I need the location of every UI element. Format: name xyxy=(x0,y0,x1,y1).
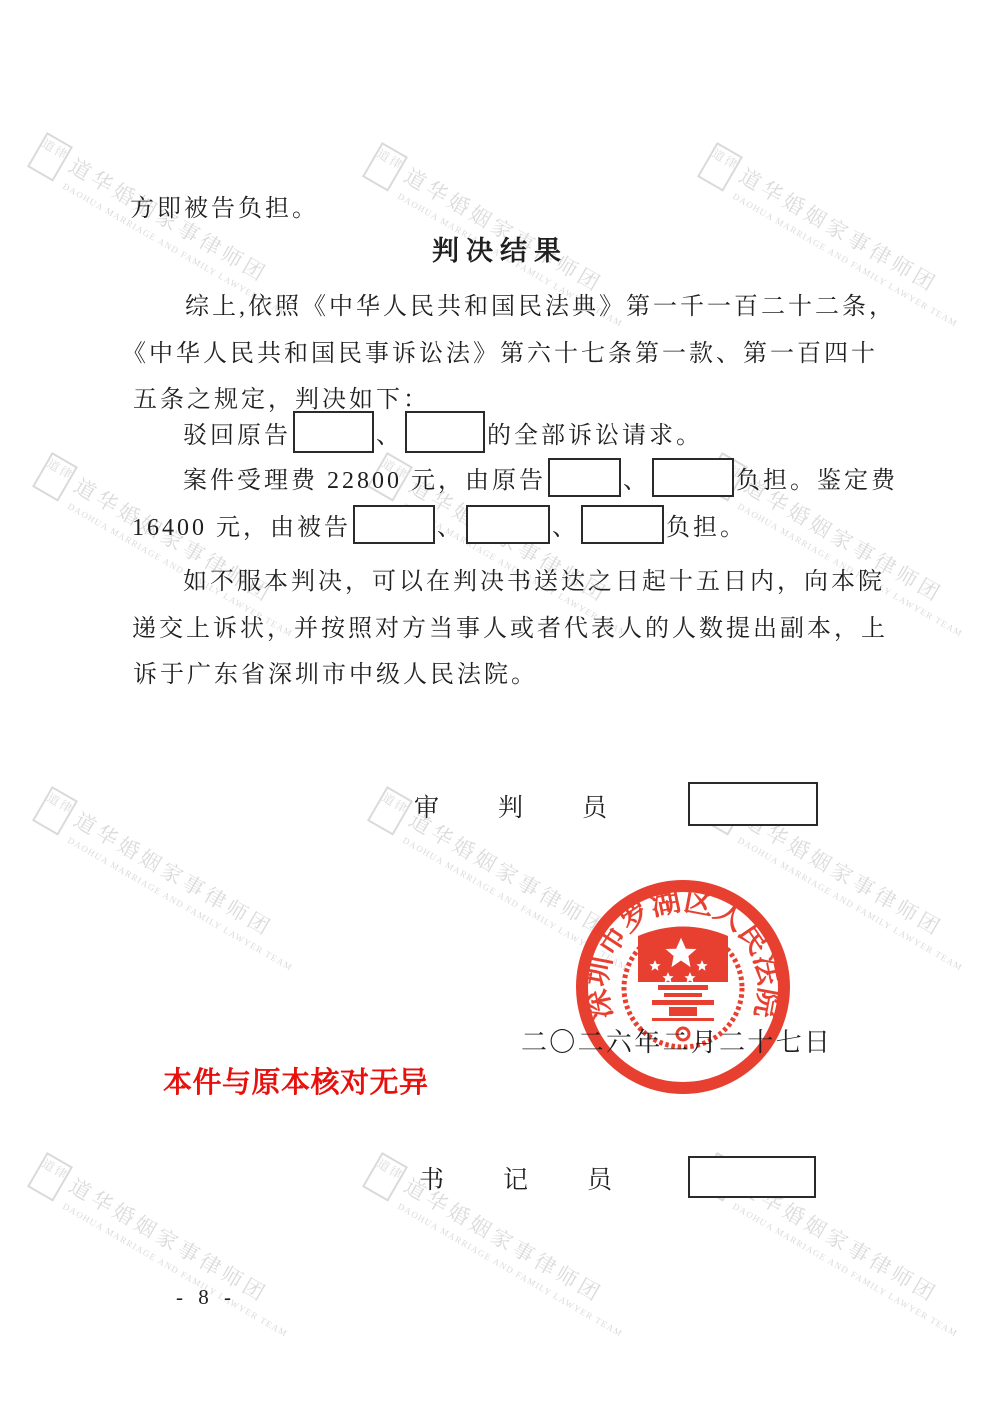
verification-note: 本件与原本核对无异 xyxy=(163,1060,429,1101)
page-number: - 8 - xyxy=(176,1285,236,1310)
court-seal: 深圳市罗湖区人民法院 xyxy=(568,872,798,1102)
fee1-suffix: 负担。鉴定费 xyxy=(736,460,898,495)
appeal-line-3: 诉于广东省深圳市中级人民法院。 xyxy=(133,654,538,689)
redacted-plaintiff-box xyxy=(405,411,485,453)
daohua-seal-logo: 道律华所 xyxy=(697,142,743,192)
fee2-separator-2: 、 xyxy=(552,507,579,542)
fee2-suffix: 负担。 xyxy=(666,507,747,542)
ruling-separator: 、 xyxy=(376,415,403,450)
redacted-defendant-box xyxy=(466,505,550,544)
ruling-line: 驳回原告、的全部诉讼请求。 xyxy=(183,411,703,453)
daohua-seal-logo: 道律华所 xyxy=(27,132,73,182)
redacted-defendant-box xyxy=(353,505,435,544)
fee-line-1: 案件受理费 22800 元，由原告、负担。鉴定费 xyxy=(183,457,898,497)
judge-label: 审判员 xyxy=(414,788,666,824)
section-heading: 判决结果 xyxy=(0,229,1000,268)
fee-line-2: 16400 元，由被告、、负担。 xyxy=(132,504,747,544)
watermark-en-text: DAOHUA MARRIAGE AND FAMILY LAWYER TEAM xyxy=(731,1201,959,1339)
carryover-line: 方即被告负担。 xyxy=(130,188,319,223)
fee1-prefix: 案件受理费 22800 元，由原告 xyxy=(183,460,546,495)
daohua-seal-logo: 道律华所 xyxy=(27,1152,73,1202)
fee2-prefix: 16400 元，由被告 xyxy=(132,507,351,542)
watermark: 道律华所 道华婚姻家事律师团 DAOHUA MARRIAGE AND FAMIL… xyxy=(26,1152,306,1339)
redacted-judge-name-box xyxy=(688,782,818,826)
legal-basis-line-3: 五条之规定，判决如下： xyxy=(133,379,430,414)
fee2-separator-1: 、 xyxy=(437,507,464,542)
daohua-seal-logo: 道律华所 xyxy=(367,786,413,836)
watermark-en-text: DAOHUA MARRIAGE AND FAMILY LAWYER TEAM xyxy=(61,1201,289,1339)
legal-basis-line-1: 综上,依照《中华人民共和国民法典》第一千一百二十二条， xyxy=(185,286,896,321)
judgment-date: 二〇二六年二月二十七日 xyxy=(521,1022,832,1059)
daohua-seal-logo: 道律华所 xyxy=(32,786,78,836)
redacted-defendant-box xyxy=(581,505,664,544)
legal-basis-line-2: 《中华人民共和国民事诉讼法》第六十七条第一款、第一百四十 xyxy=(122,333,878,368)
clerk-label: 书记员 xyxy=(419,1160,671,1196)
redacted-clerk-name-box xyxy=(688,1156,816,1198)
redacted-plaintiff-box xyxy=(293,411,374,453)
watermark-en-text: DAOHUA MARRIAGE AND FAMILY LAWYER TEAM xyxy=(396,1201,624,1339)
fee1-separator: 、 xyxy=(623,460,650,495)
watermark-en-text: DAOHUA MARRIAGE AND FAMILY LAWYER TEAM xyxy=(66,835,294,973)
judgment-page: 道律华所 道华婚姻家事律师团 DAOHUA MARRIAGE AND FAMIL… xyxy=(0,0,1000,1414)
daohua-seal-logo: 道律华所 xyxy=(362,142,408,192)
daohua-seal-logo: 道律华所 xyxy=(362,1152,408,1202)
appeal-line-1: 如不服本判决，可以在判决书送达之日起十五日内，向本院 xyxy=(183,561,885,596)
daohua-seal-logo: 道律华所 xyxy=(32,452,78,502)
appeal-line-2: 递交上诉状，并按照对方当事人或者代表人的人数提出副本，上 xyxy=(132,608,888,643)
redacted-plaintiff-box xyxy=(652,458,734,497)
ruling-prefix: 驳回原告 xyxy=(183,415,291,450)
ruling-suffix: 的全部诉讼请求。 xyxy=(487,415,703,450)
watermark-cn-text: 道华婚姻家事律师团 xyxy=(69,805,311,962)
redacted-plaintiff-box xyxy=(548,458,621,497)
watermark: 道律华所 道华婚姻家事律师团 DAOHUA MARRIAGE AND FAMIL… xyxy=(31,786,311,973)
